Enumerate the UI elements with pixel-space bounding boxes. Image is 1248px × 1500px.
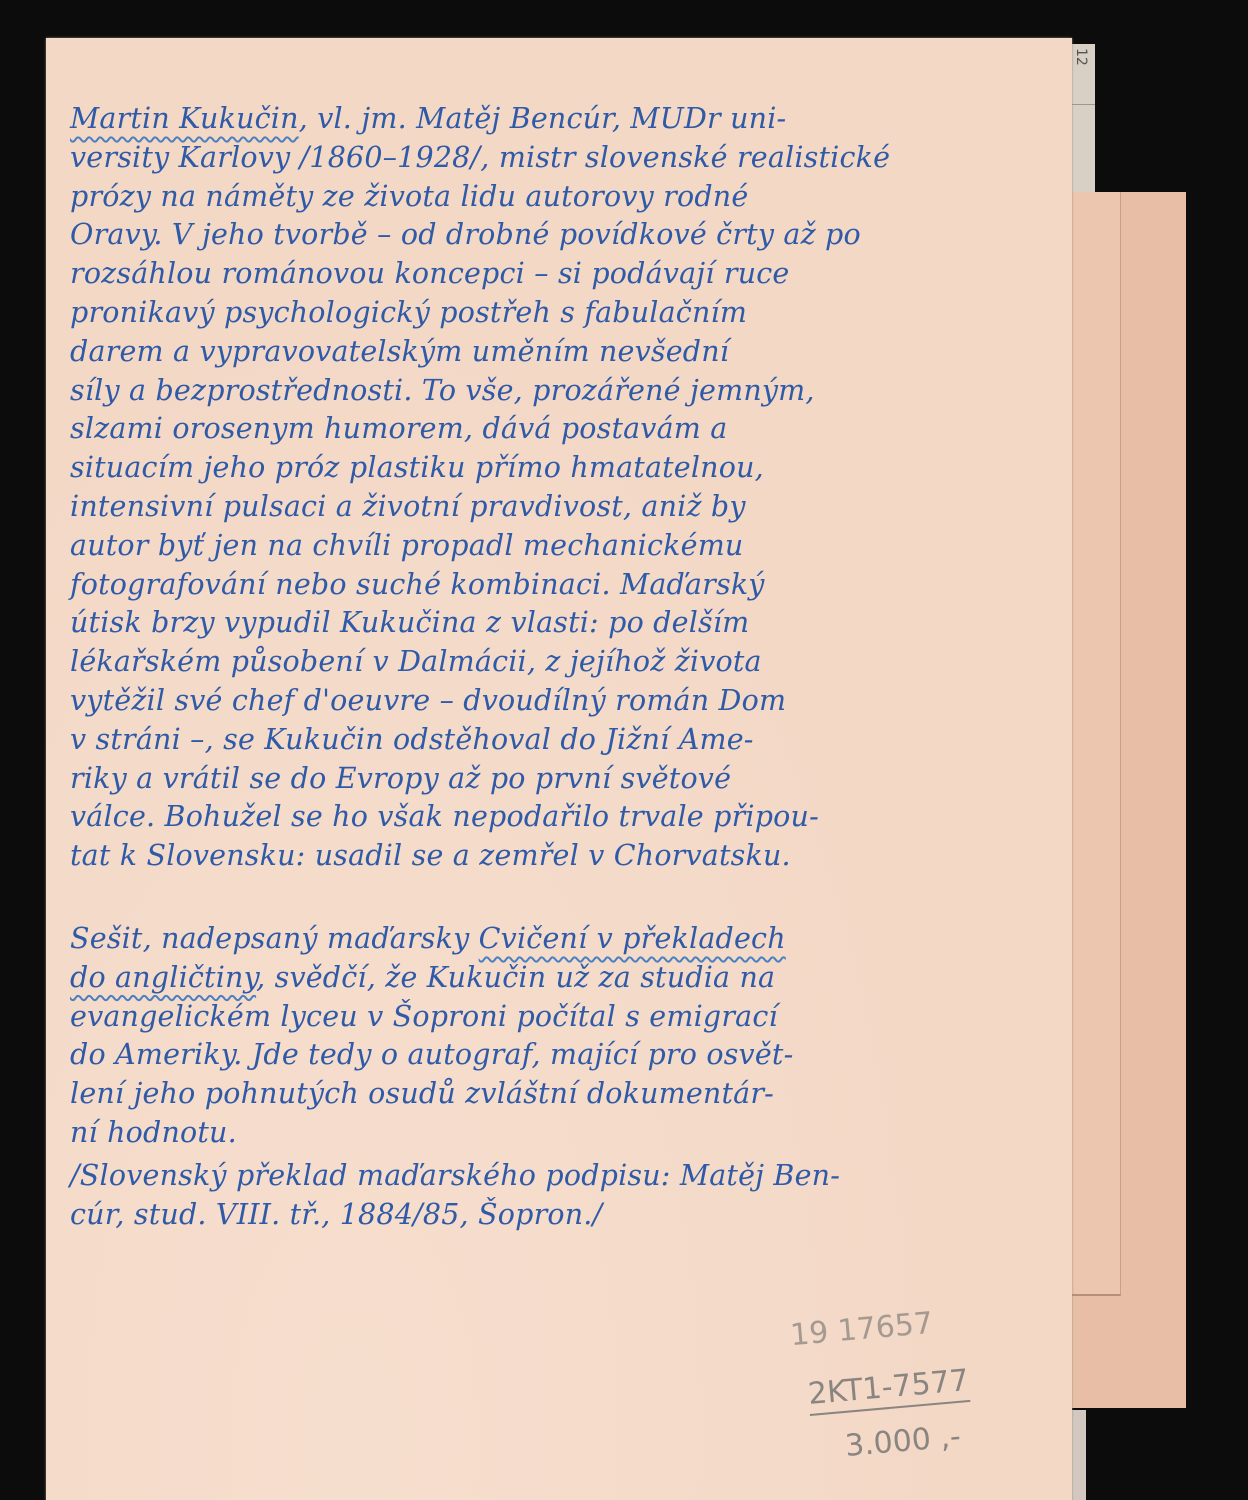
line-text: vytěžil své chef d'oeuvre – dvoudílný ro… — [70, 684, 786, 717]
text-line: do angličtiny, svědčí, že Kukučin už za … — [70, 959, 1050, 998]
line-text: , vl. jm. Matěj Bencúr, MUDr uni- — [299, 102, 787, 135]
text-line: intensivní pulsaci a životní pravdivost,… — [70, 488, 1050, 527]
underlined-title: Martin Kukučin — [70, 102, 299, 135]
underlying-pink-slip — [1070, 192, 1121, 1296]
line-text: do Ameriky. Jde tedy o autograf, mající … — [70, 1038, 793, 1071]
line-text: lení jeho pohnutých osudů zvláštní dokum… — [70, 1077, 774, 1110]
paragraph-signature-translation: /Slovenský překlad maďarského podpisu: M… — [70, 1157, 1050, 1235]
text-line: /Slovenský překlad maďarského podpisu: M… — [70, 1157, 1050, 1196]
paragraph-biography: Martin Kukučin, vl. jm. Matěj Bencúr, MU… — [70, 100, 1050, 876]
tab-divider — [1071, 104, 1095, 105]
text-line: riky a vrátil se do Evropy až po první s… — [70, 760, 1050, 799]
line-text: cúr, stud. VIII. tř., 1884/85, Šopron./ — [70, 1198, 602, 1231]
line-text: síly a bezprostřednosti. To vše, prozáře… — [70, 374, 815, 407]
line-text: lékařském působení v Dalmácii, z jejíhož… — [70, 645, 762, 678]
text-line: ní hodnotu. — [70, 1114, 1050, 1153]
text-line: slzami orosenym humorem, dává postavám a — [70, 410, 1050, 449]
line-text: pronikavý psychologický postřeh s fabula… — [70, 296, 747, 329]
text-line: pronikavý psychologický postřeh s fabula… — [70, 294, 1050, 333]
text-line: do Ameriky. Jde tedy o autograf, mající … — [70, 1036, 1050, 1075]
page-number-tab: 12 — [1073, 48, 1089, 66]
underlying-grey-sheet — [1070, 1410, 1086, 1500]
paragraph-notebook: Sešit, nadepsaný maďarsky Cvičení v přek… — [70, 920, 1050, 1153]
text-line: lení jeho pohnutých osudů zvláštní dokum… — [70, 1075, 1050, 1114]
line-text: , svědčí, že Kukučin už za studia na — [256, 961, 775, 994]
text-line: versity Karlovy /1860–1928/, mistr slove… — [70, 139, 1050, 178]
text-line: vytěžil své chef d'oeuvre – dvoudílný ro… — [70, 682, 1050, 721]
line-text: Oravy. V jeho tvorbě – od drobné povídko… — [70, 218, 861, 251]
line-text: darem a vypravovatelským uměním nevšední — [70, 335, 729, 368]
text-line: válce. Bohužel se ho však nepodařilo trv… — [70, 798, 1050, 837]
line-text: /Slovenský překlad maďarského podpisu: M… — [70, 1159, 840, 1192]
line-text: fotografování nebo suché kombinaci. Maďa… — [70, 568, 765, 601]
text-line: darem a vypravovatelským uměním nevšední — [70, 333, 1050, 372]
text-line: lékařském působení v Dalmácii, z jejíhož… — [70, 643, 1050, 682]
line-text: versity Karlovy /1860–1928/, mistr slove… — [70, 141, 890, 174]
text-line: tat k Slovensku: usadil se a zemřel v Ch… — [70, 837, 1050, 876]
line-text: rozsáhlou románovou koncepci – si podáva… — [70, 257, 790, 290]
underlined-title: do angličtiny — [70, 961, 256, 994]
line-text: intensivní pulsaci a životní pravdivost,… — [70, 490, 746, 523]
line-text: autor byť jen na chvíli propadl mechanic… — [70, 529, 743, 562]
text-line: prózy na náměty ze života lidu autorovy … — [70, 178, 1050, 217]
line-text: slzami orosenym humorem, dává postavám a — [70, 412, 727, 445]
text-line: rozsáhlou románovou koncepci – si podáva… — [70, 255, 1050, 294]
line-text: útisk brzy vypudil Kukučina z vlasti: po… — [70, 606, 749, 639]
archive-tab-strip: 12 — [1070, 44, 1095, 196]
line-text: riky a vrátil se do Evropy až po první s… — [70, 762, 731, 795]
text-line: síly a bezprostřednosti. To vše, prozáře… — [70, 372, 1050, 411]
line-text: Sešit, nadepsaný maďarsky — [70, 922, 479, 955]
text-line: Martin Kukučin, vl. jm. Matěj Bencúr, MU… — [70, 100, 1050, 139]
text-line: evangelickém lyceu v Šoproni počítal s e… — [70, 998, 1050, 1037]
text-line: fotografování nebo suché kombinaci. Maďa… — [70, 566, 1050, 605]
text-line: Sešit, nadepsaný maďarsky Cvičení v přek… — [70, 920, 1050, 959]
line-text: válce. Bohužel se ho však nepodařilo trv… — [70, 800, 819, 833]
underlined-title: Cvičení v překladech — [479, 922, 786, 955]
line-text: evangelickém lyceu v Šoproni počítal s e… — [70, 1000, 778, 1033]
handwritten-text: Martin Kukučin, vl. jm. Matěj Bencúr, MU… — [70, 100, 1050, 1234]
text-line: cúr, stud. VIII. tř., 1884/85, Šopron./ — [70, 1196, 1050, 1235]
text-line: autor byť jen na chvíli propadl mechanic… — [70, 527, 1050, 566]
text-line: Oravy. V jeho tvorbě – od drobné povídko… — [70, 216, 1050, 255]
line-text: v stráni –, se Kukučin odstěhoval do Již… — [70, 723, 754, 756]
text-line: v stráni –, se Kukučin odstěhoval do Již… — [70, 721, 1050, 760]
paragraph-gap — [70, 876, 1050, 920]
line-text: prózy na náměty ze života lidu autorovy … — [70, 180, 748, 213]
line-text: ní hodnotu. — [70, 1116, 237, 1149]
text-line: situacím jeho próz plastiku přímo hmatat… — [70, 449, 1050, 488]
line-text: situacím jeho próz plastiku přímo hmatat… — [70, 451, 764, 484]
line-text: tat k Slovensku: usadil se a zemřel v Ch… — [70, 839, 791, 872]
text-line: útisk brzy vypudil Kukučina z vlasti: po… — [70, 604, 1050, 643]
